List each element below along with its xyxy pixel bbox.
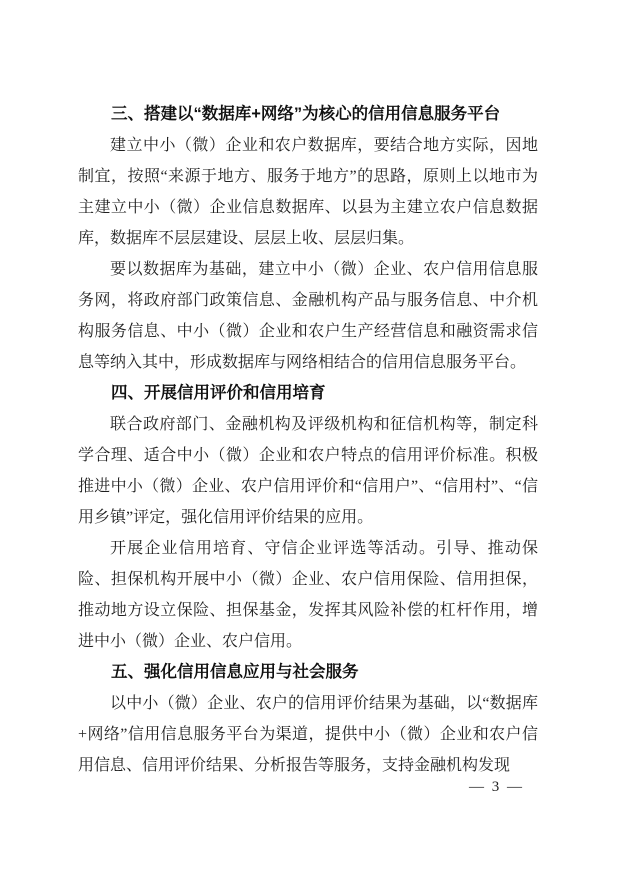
document-page: 三、搭建以“数据库+网络”为核心的信用信息服务平台 建立中小（微）企业和农户数据… (0, 0, 620, 877)
page-number: — 3 — (469, 779, 524, 796)
paragraph: 联合政府部门、金融机构及评级机构和征信机构等，制定科学合理、适合中小（微）企业和… (78, 409, 538, 533)
section-heading-3: 三、搭建以“数据库+网络”为核心的信用信息服务平台 (78, 99, 538, 130)
paragraph: 以中小（微）企业、农户的信用评价结果为基础，以“数据库+网络”信用信息服务平台为… (78, 688, 538, 781)
paragraph: 建立中小（微）企业和农户数据库，要结合地方实际，因地制宜，按照“来源于地方、服务… (78, 130, 538, 254)
section-heading-5: 五、强化信用信息应用与社会服务 (78, 657, 538, 688)
paragraph: 要以数据库为基础，建立中小（微）企业、农户信用信息服务网，将政府部门政策信息、金… (78, 254, 538, 378)
document-body: 三、搭建以“数据库+网络”为核心的信用信息服务平台 建立中小（微）企业和农户数据… (78, 99, 538, 781)
paragraph: 开展企业信用培育、守信企业评选等活动。引导、推动保险、担保机构开展中小（微）企业… (78, 533, 538, 657)
section-heading-4: 四、开展信用评价和信用培育 (78, 378, 538, 409)
